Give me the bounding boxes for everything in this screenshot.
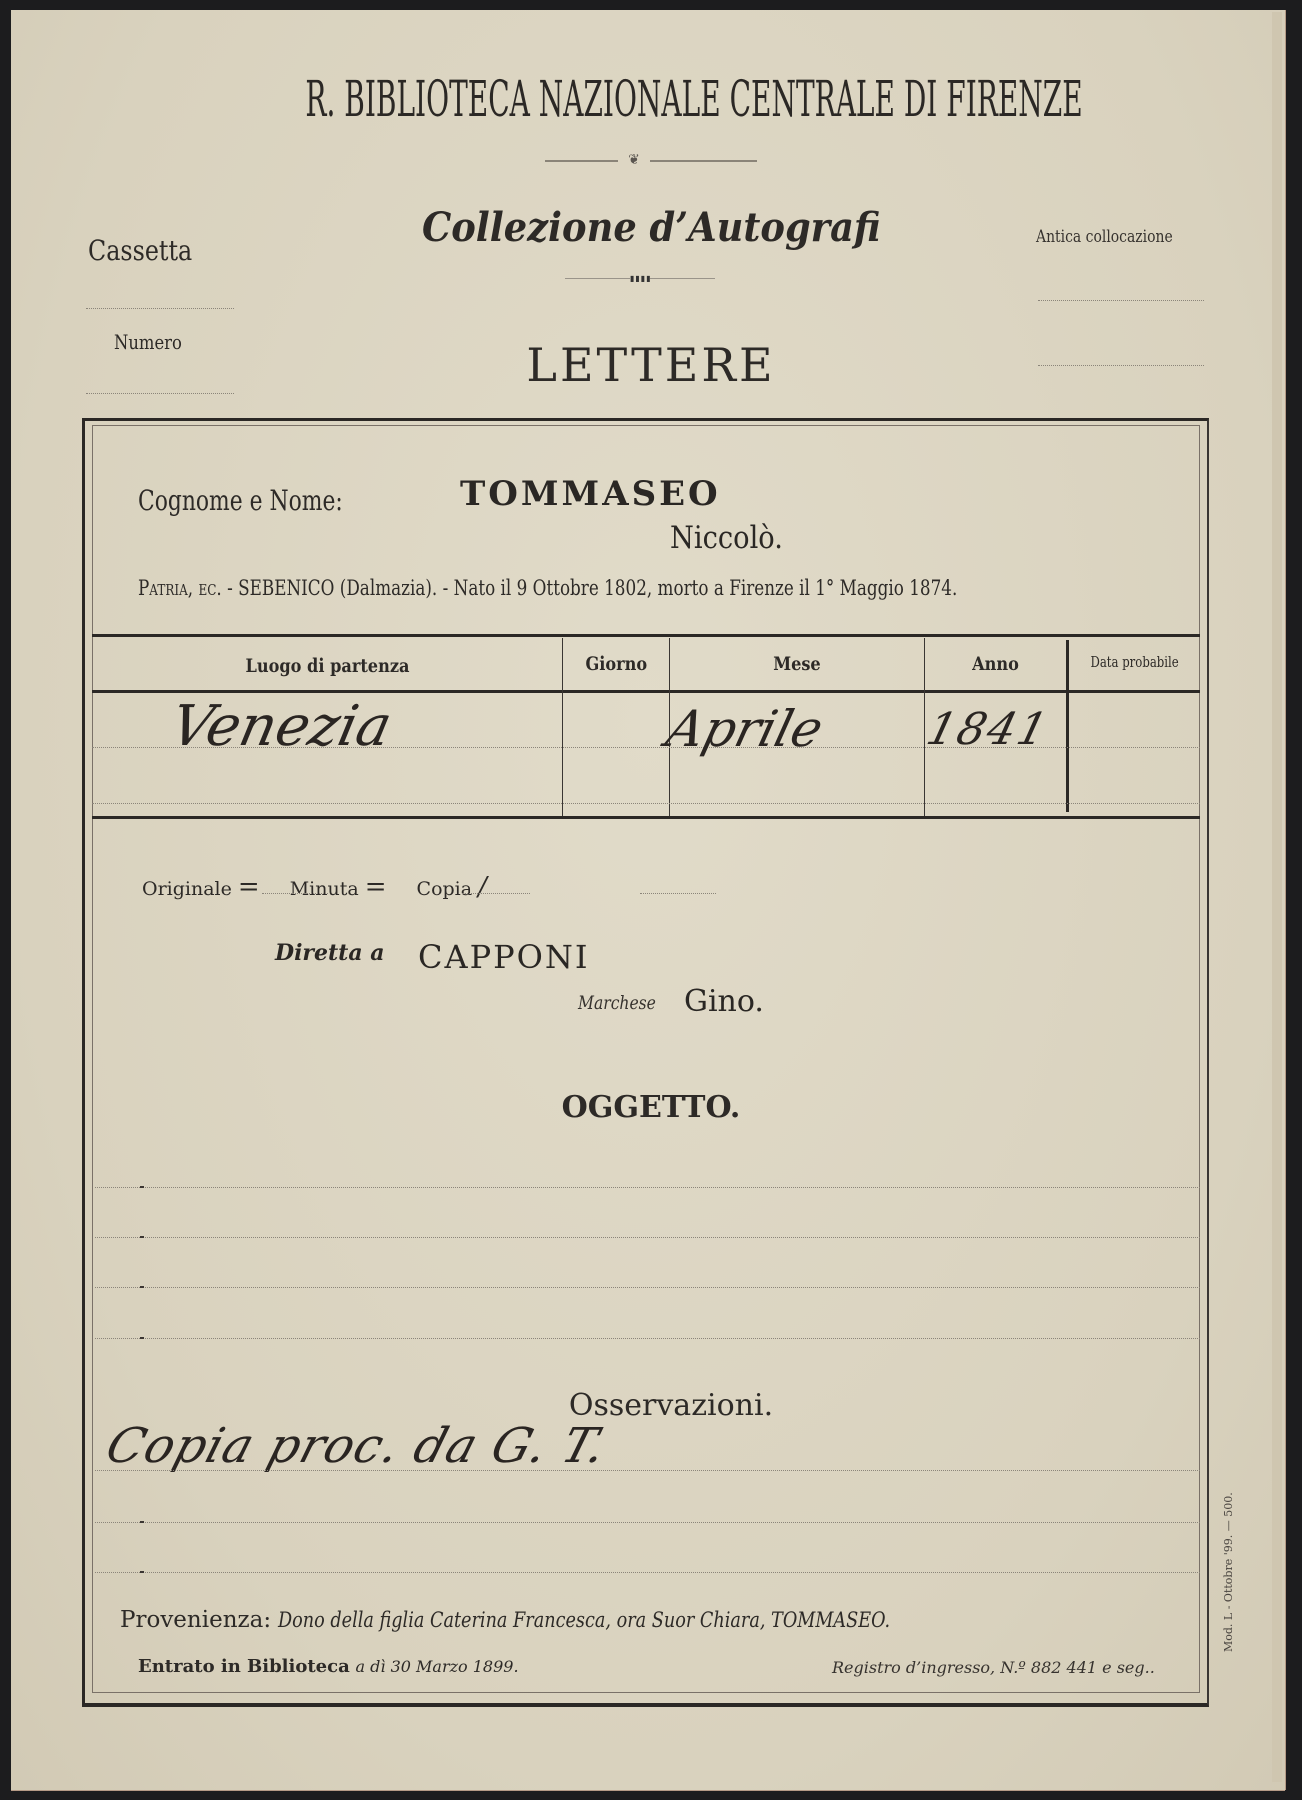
originale-value: = — [238, 872, 260, 902]
oggetto-label: OGGETTO. — [0, 1090, 1302, 1125]
cassetta-field[interactable] — [86, 308, 234, 309]
table-top-rule — [92, 634, 1200, 637]
margin-tick — [140, 1337, 144, 1339]
table-header-luogo: Luogo di partenza — [92, 655, 562, 677]
antica-collocazione-field-1[interactable] — [1038, 300, 1204, 301]
originale-label: Originale — [142, 878, 232, 900]
osservazioni-line-1[interactable] — [95, 1470, 1200, 1471]
copia-value: / — [478, 872, 487, 902]
diretta-label: Diretta a — [275, 940, 385, 966]
section-title: LETTERE — [0, 338, 1302, 392]
patria-value: - SEBENICO (Dalmazia). - Nato il 9 Ottob… — [227, 576, 957, 600]
oggetto-line-2[interactable] — [95, 1237, 1200, 1238]
osservazioni-line-2[interactable] — [95, 1522, 1200, 1523]
institution-title: R. BIBLIOTECA NAZIONALE CENTRALE DI FIRE… — [0, 70, 1302, 128]
copia-field[interactable] — [640, 893, 716, 894]
patria-line: Patria, ec. - SEBENICO (Dalmazia). - Nat… — [138, 576, 1162, 600]
margin-tick — [140, 1236, 144, 1238]
minuta-value: = — [365, 872, 387, 902]
document-type-line: Originale= Minuta= Copia/ — [142, 872, 493, 902]
registro-ingresso: Registro d’ingresso, N.º 882 441 e seg.. — [832, 1658, 1155, 1677]
form-model-note: Mod. L - Ottobre '99. — 500. — [1222, 1492, 1235, 1652]
entrato-value: a dì 30 Marzo 1899. — [356, 1657, 519, 1676]
antica-collocazione-label: Antica collocazione — [1036, 227, 1203, 247]
oggetto-line-1[interactable] — [95, 1187, 1200, 1188]
minuta-field[interactable] — [462, 893, 530, 894]
minuta-label: Minuta — [290, 878, 359, 900]
giorno-cell[interactable] — [563, 694, 669, 814]
cassetta-label: Cassetta — [88, 234, 211, 267]
divider-ornament-icon: ▮▮▮▮ — [630, 276, 650, 281]
oggetto-line-3[interactable] — [95, 1287, 1200, 1288]
table-header-anno: Anno — [925, 653, 1066, 675]
handwritten-anno: 1841 — [922, 704, 1055, 755]
copia-label: Copia — [417, 878, 473, 900]
numero-field[interactable] — [86, 393, 234, 394]
originale-field[interactable] — [262, 893, 328, 894]
recipient-surname: CAPPONI — [418, 938, 590, 976]
person-given-name: Niccolò. — [670, 520, 798, 556]
margin-tick — [140, 1571, 144, 1573]
margin-tick — [140, 1521, 144, 1523]
osservazioni-line-3[interactable] — [95, 1572, 1200, 1573]
fleuron-icon: ❦ — [618, 153, 650, 167]
margin-tick — [140, 1286, 144, 1288]
table-header-rule — [92, 690, 1200, 693]
table-header-giorno: Giorno — [563, 653, 669, 675]
provenienza-value: Dono della figlia Caterina Francesca, or… — [278, 1608, 890, 1632]
oggetto-line-4[interactable] — [95, 1338, 1200, 1339]
page-edge — [1272, 12, 1282, 1782]
handwritten-mese: Aprile — [661, 700, 829, 758]
entrato-label: Entrato in Biblioteca — [138, 1656, 350, 1677]
table-bottom-rule — [92, 816, 1200, 819]
ornament-rule — [545, 160, 757, 162]
table-header-data-probabile: Data probabile — [1069, 653, 1200, 671]
entrato-line: Entrato in Biblioteca a dì 30 Marzo 1899… — [138, 1656, 519, 1677]
person-surname: TOMMASEO — [460, 474, 721, 514]
table-header-mese: Mese — [670, 653, 924, 675]
cognome-nome-label: Cognome e Nome: — [138, 484, 401, 517]
handwritten-luogo: Venezia — [165, 694, 397, 759]
recipient-given-name: Gino. — [684, 984, 764, 1019]
handwritten-osservazioni: Copia proc. da G. T. — [100, 1418, 614, 1474]
provenienza-line: Provenienza: Dono della figlia Caterina … — [120, 1607, 1007, 1633]
margin-tick — [140, 1186, 144, 1188]
recipient-title: Marchese — [578, 992, 673, 1014]
data-probabile-cell[interactable] — [1069, 694, 1200, 814]
provenienza-label: Provenienza: — [120, 1607, 271, 1633]
patria-label: Patria, ec. — [138, 576, 222, 600]
form-frame-inner — [92, 425, 1200, 1693]
